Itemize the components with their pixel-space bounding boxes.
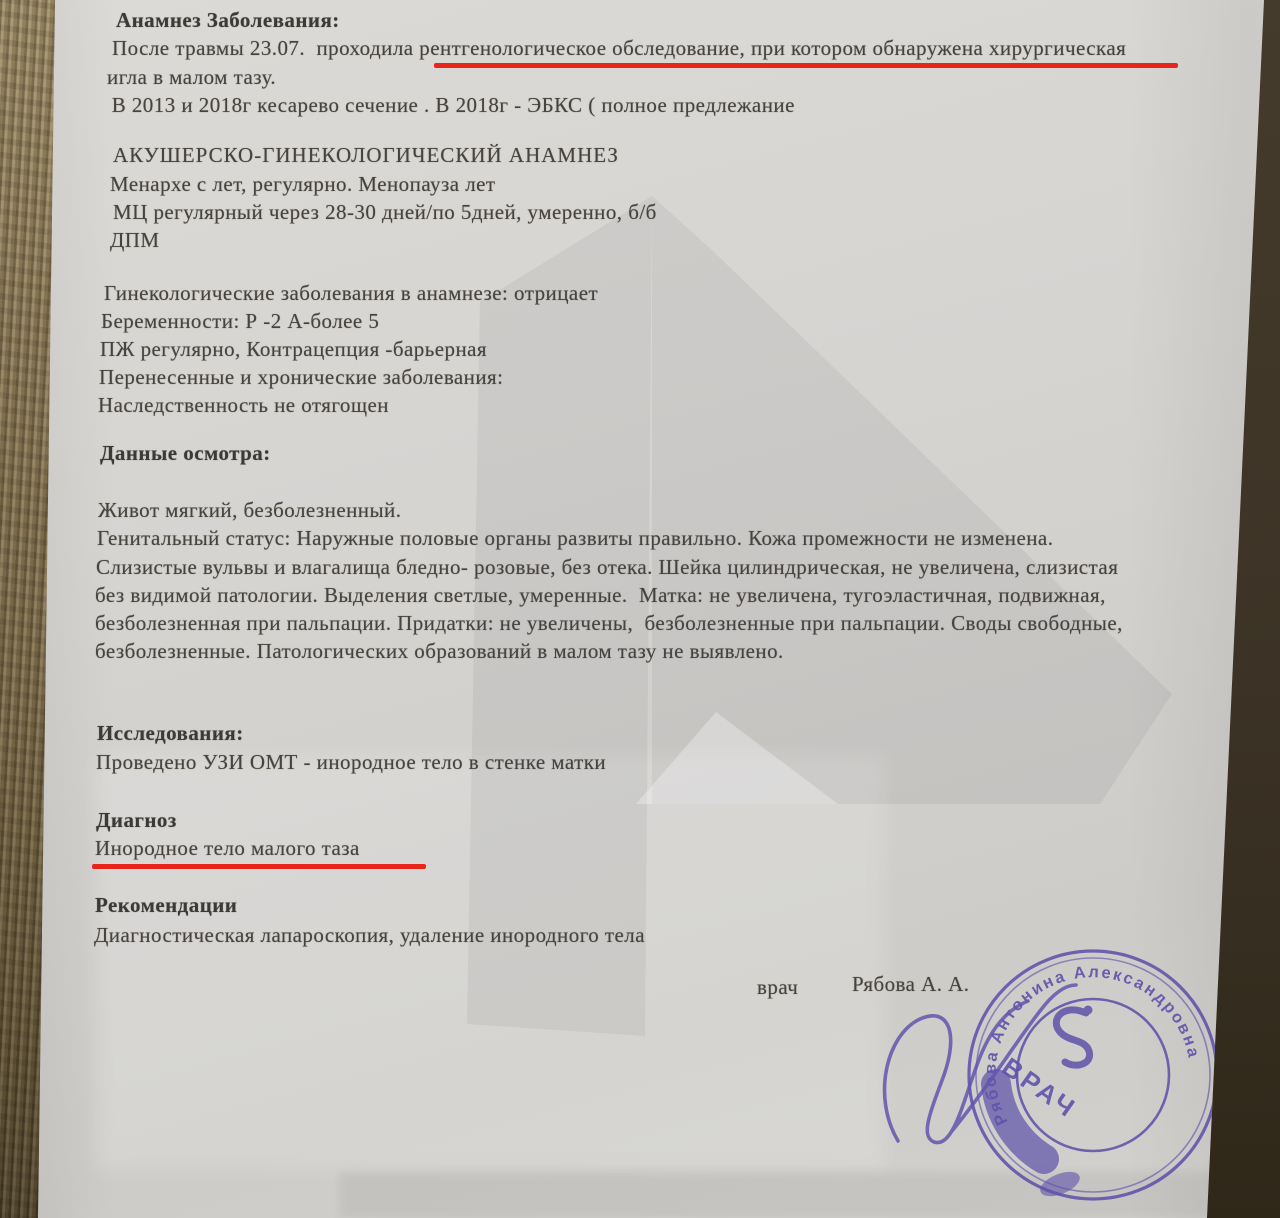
text-line: Беременности: Р -2 А-более 5 (101, 309, 379, 333)
text-line: Проведено УЗИ ОМТ - инородное тело в сте… (96, 750, 606, 774)
section-title-research: Исследования: (97, 721, 244, 745)
section-title-exam: Данные осмотра: (100, 441, 271, 465)
text-line: безболезненные. Патологических образован… (95, 639, 784, 663)
photo-scene: Анамнез Заболевания: После травмы 23.07.… (0, 0, 1280, 1218)
text-line: Наследственность не отягощен (98, 393, 389, 417)
text-line: ПЖ регулярно, Контрацепция -барьерная (100, 337, 487, 361)
doctor-stamp: Рябова Антонина Александровна ВРАЧ (860, 935, 1240, 1218)
text-line: Живот мягкий, безболезненный. (98, 498, 401, 522)
text-line: ДПМ (110, 228, 160, 252)
paper-light-reflection (95, 755, 885, 1170)
red-underline-anamnesis (434, 63, 1178, 68)
red-underline-diagnosis (92, 864, 426, 869)
text-line: Генитальный статус: Наружные половые орг… (97, 526, 1053, 550)
text-line: Диагностическая лапароскопия, удаление и… (94, 923, 645, 947)
doctor-label: врач (757, 975, 798, 999)
text-line: Менархе с лет, регулярно. Менопауза лет (110, 172, 496, 196)
text-line: Гинекологические заболевания в анамнезе:… (104, 281, 598, 305)
section-title-diagnosis: Диагноз (96, 808, 177, 832)
text-line: МЦ регулярный через 28-30 дней/по 5дней,… (113, 200, 657, 224)
diagnosis-text: Инородное тело малого таза (95, 836, 360, 860)
caduceus-snake-icon (1056, 1006, 1092, 1066)
text-line: безболезненная при пальпации. Придатки: … (95, 611, 1123, 635)
text-line: В 2013 и 2018г кесарево сечение . В 2018… (106, 93, 795, 117)
section-title-anamnesis: Анамнез Заболевания: (116, 8, 340, 32)
section-title-obstetric: АКУШЕРСКО-ГИНЕКОЛОГИЧЕСКИЙ АНАМНЕЗ (113, 143, 619, 167)
text-line: Слизистые вульвы и влагалища бледно- роз… (96, 555, 1118, 579)
text-line: Перенесенные и хронические заболевания: (99, 365, 503, 389)
document-page: Анамнез Заболевания: После травмы 23.07.… (0, 0, 1280, 1218)
text-line: игла в малом тазу. (107, 65, 276, 89)
text-line: После травмы 23.07. проходила рентгеноло… (112, 36, 1126, 60)
section-title-recommendations: Рекомендации (95, 893, 237, 917)
text-line: без видимой патологии. Выделения светлые… (95, 583, 1106, 607)
doctor-signature (885, 985, 1076, 1143)
